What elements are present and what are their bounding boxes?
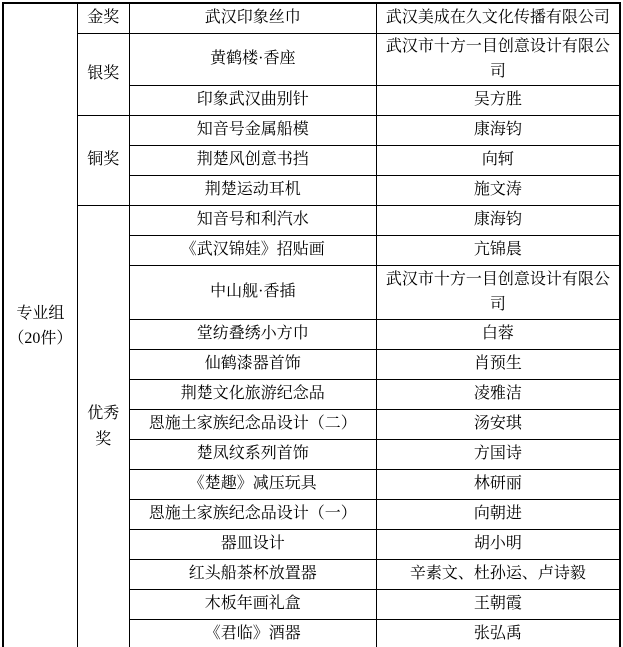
work-cell: 楚凤纹系列首饰 — [129, 439, 376, 469]
winner-cell: 林研丽 — [376, 469, 620, 499]
winner-cell: 王朝霞 — [376, 589, 620, 619]
winner-cell: 方国诗 — [376, 439, 620, 469]
winner-cell: 施文涛 — [376, 175, 620, 205]
winner-cell: 白蓉 — [376, 319, 620, 349]
work-cell: 荆楚运动耳机 — [129, 175, 376, 205]
winner-cell: 武汉市十方一目创意设计有限公司 — [376, 265, 620, 319]
winner-cell: 康海钧 — [376, 205, 620, 235]
group-cell: 专业组 （20件） — [3, 3, 77, 647]
work-cell: 《武汉锦娃》招贴画 — [129, 235, 376, 265]
award-cell-excellence: 优秀奖 — [77, 205, 129, 647]
award-cell-bronze: 铜奖 — [77, 115, 129, 205]
winner-cell: 向朝进 — [376, 499, 620, 529]
work-cell: 荆楚风创意书挡 — [129, 145, 376, 175]
winner-cell: 亢锦晨 — [376, 235, 620, 265]
work-cell: 恩施土家族纪念品设计（一） — [129, 499, 376, 529]
table-row: 优秀奖 知音号和利汽水 康海钧 — [3, 205, 620, 235]
work-cell: 红头船茶杯放置器 — [129, 559, 376, 589]
award-label: 优秀奖 — [86, 401, 121, 452]
table-row: 铜奖 知音号金属船模 康海钧 — [3, 115, 620, 145]
work-cell: 木板年画礼盒 — [129, 589, 376, 619]
winner-cell: 吴方胜 — [376, 85, 620, 115]
winner-cell: 康海钧 — [376, 115, 620, 145]
winner-cell: 肖预生 — [376, 349, 620, 379]
table-row: 银奖 黄鹤楼·香座 武汉市十方一目创意设计有限公司 — [3, 33, 620, 85]
winner-cell: 辛素文、杜孙运、卢诗毅 — [376, 559, 620, 589]
winner-cell: 凌雅洁 — [376, 379, 620, 409]
winner-cell: 向轲 — [376, 145, 620, 175]
work-cell: 恩施土家族纪念品设计（二） — [129, 409, 376, 439]
awards-table: 专业组 （20件） 金奖 武汉印象丝巾 武汉美成在久文化传播有限公司 银奖 黄鹤… — [2, 2, 621, 647]
work-cell: 中山舰·香插 — [129, 265, 376, 319]
award-cell-silver: 银奖 — [77, 33, 129, 115]
work-cell: 知音号金属船模 — [129, 115, 376, 145]
work-cell: 《楚趣》减压玩具 — [129, 469, 376, 499]
table-row: 专业组 （20件） 金奖 武汉印象丝巾 武汉美成在久文化传播有限公司 — [3, 3, 620, 33]
work-cell: 印象武汉曲别针 — [129, 85, 376, 115]
work-cell: 《君临》酒器 — [129, 619, 376, 647]
winner-cell: 胡小明 — [376, 529, 620, 559]
work-cell: 黄鹤楼·香座 — [129, 33, 376, 85]
work-cell: 仙鹤漆器首饰 — [129, 349, 376, 379]
work-cell: 武汉印象丝巾 — [129, 3, 376, 33]
winner-cell: 张弘禹 — [376, 619, 620, 647]
winner-cell: 汤安琪 — [376, 409, 620, 439]
document-page: 专业组 （20件） 金奖 武汉印象丝巾 武汉美成在久文化传播有限公司 银奖 黄鹤… — [0, 0, 623, 647]
work-cell: 器皿设计 — [129, 529, 376, 559]
winner-cell: 武汉美成在久文化传播有限公司 — [376, 3, 620, 33]
award-cell-gold: 金奖 — [77, 3, 129, 33]
winner-cell: 武汉市十方一目创意设计有限公司 — [376, 33, 620, 85]
work-cell: 荆楚文化旅游纪念品 — [129, 379, 376, 409]
work-cell: 知音号和利汽水 — [129, 205, 376, 235]
work-cell: 堂纺叠绣小方巾 — [129, 319, 376, 349]
